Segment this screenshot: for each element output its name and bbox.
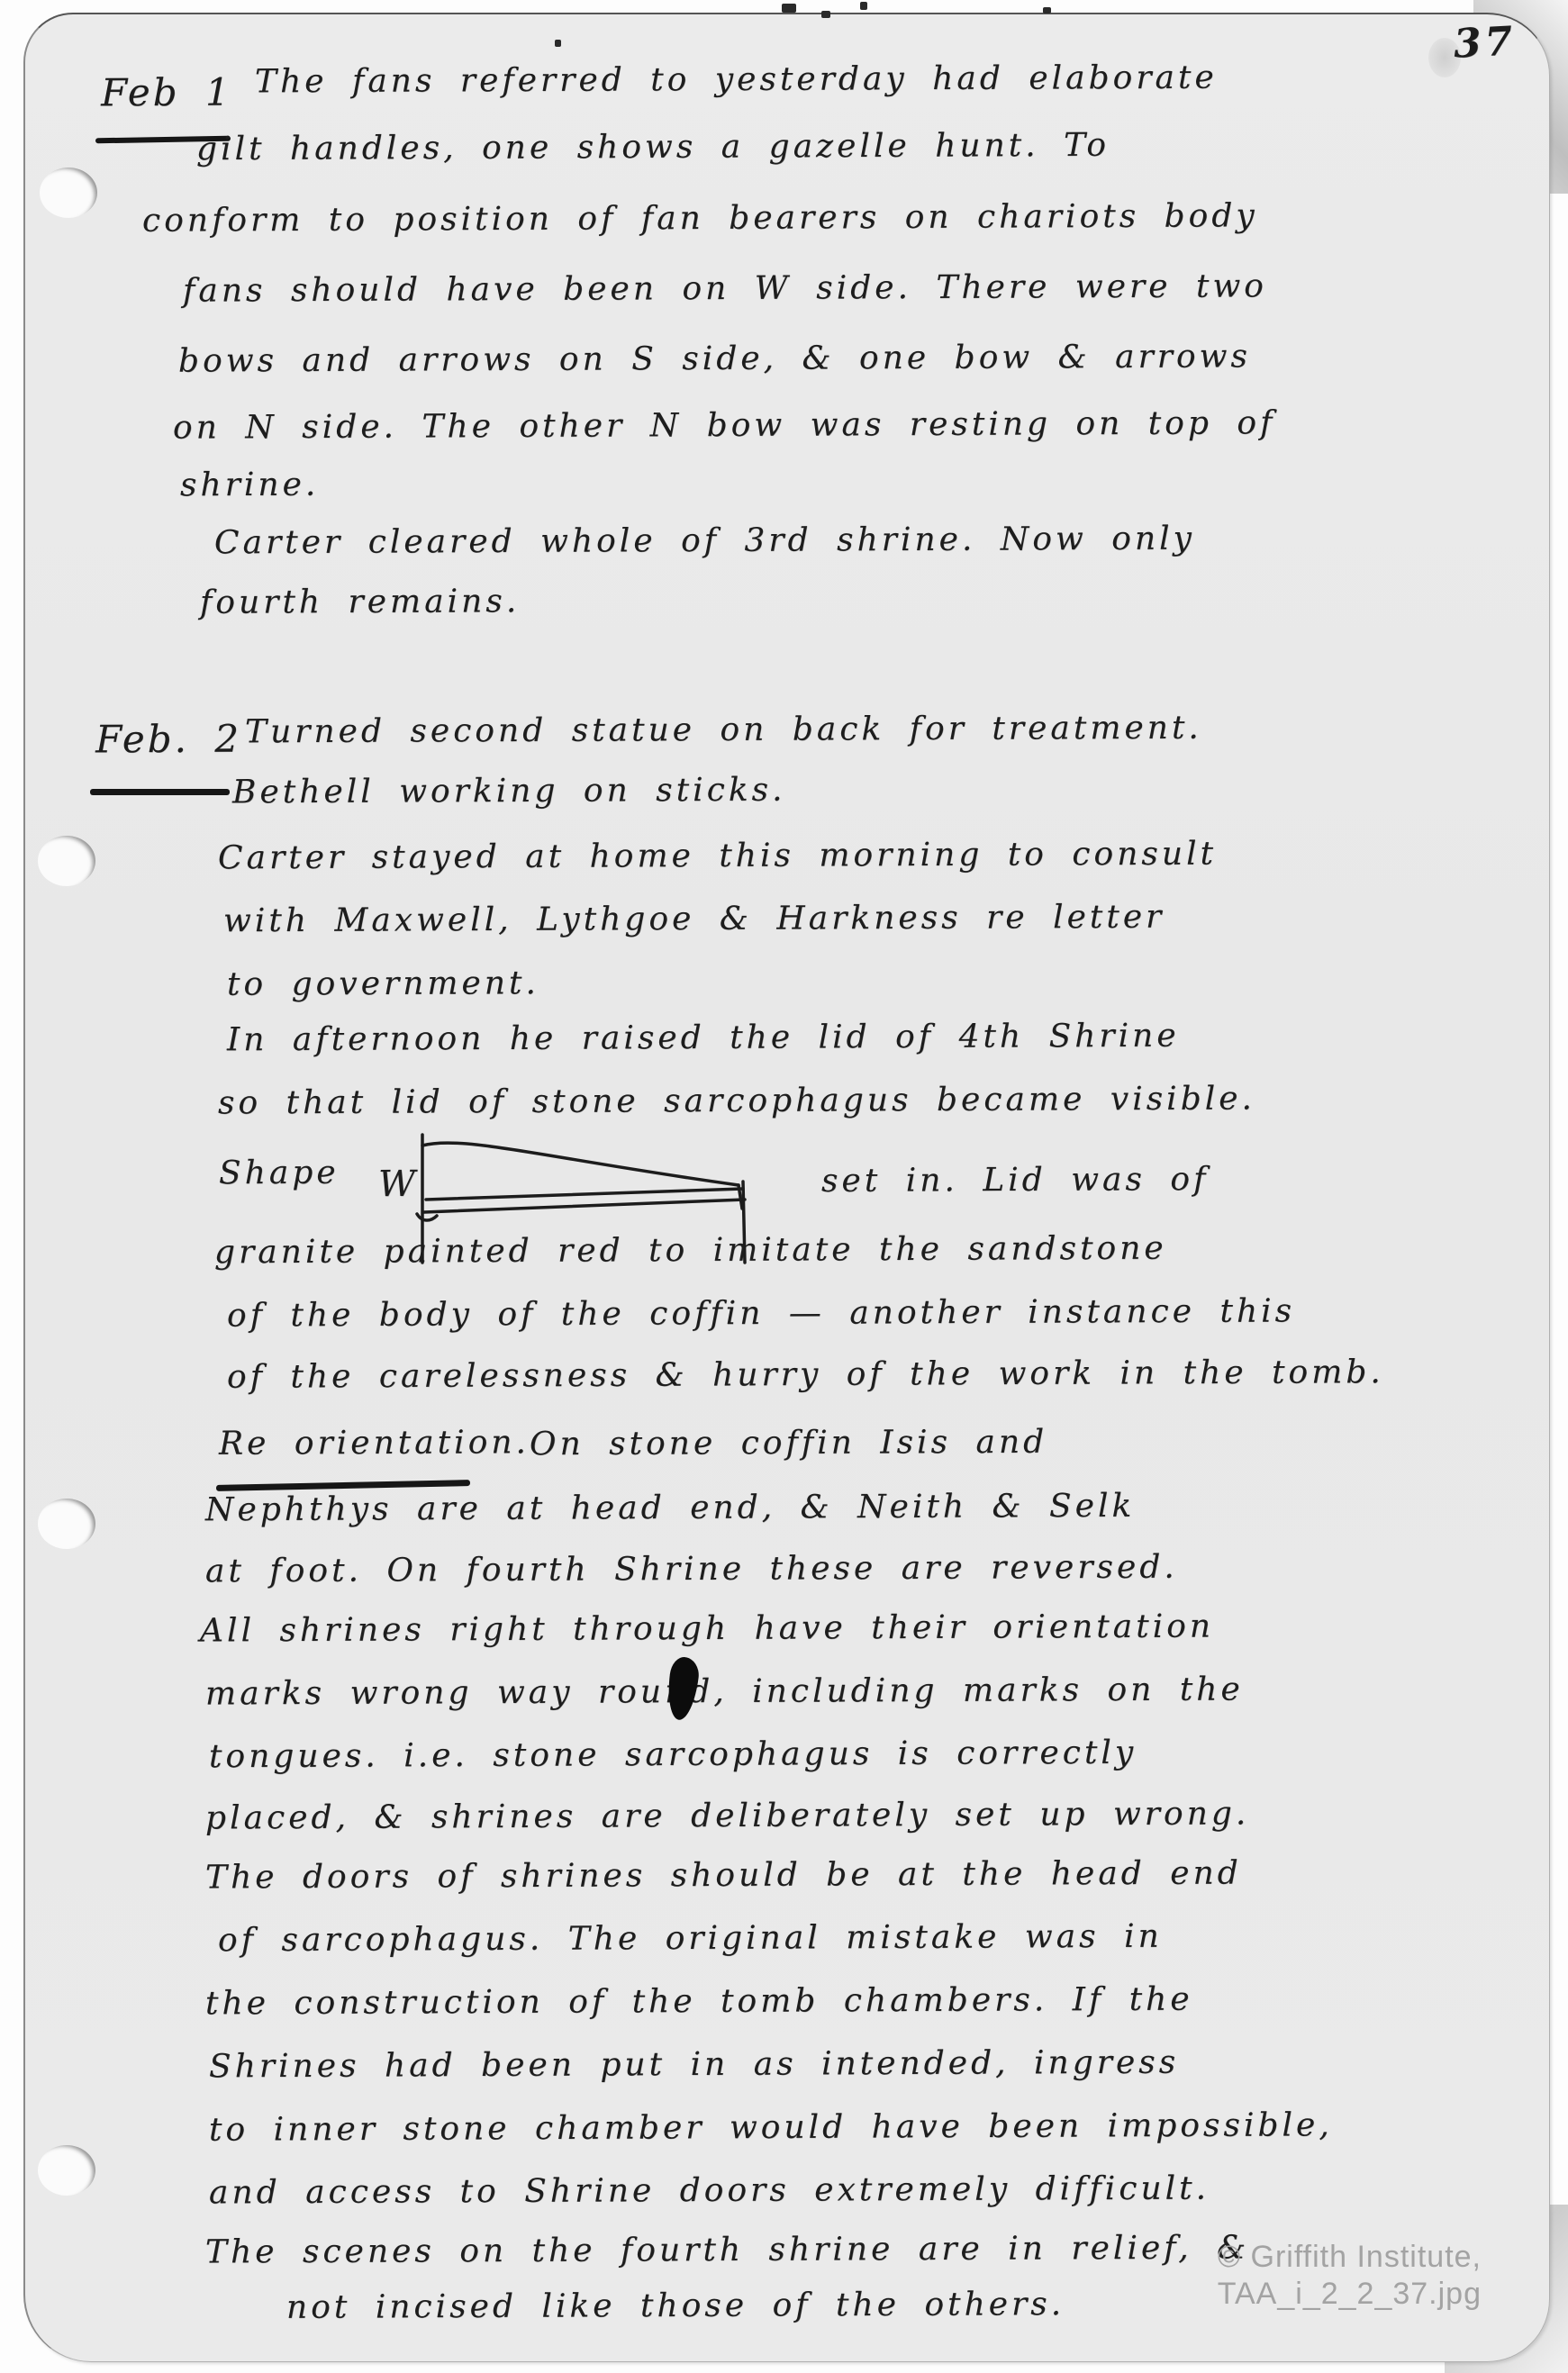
handwritten-line: to government. — [227, 965, 539, 1003]
scanned-page-canvas: 37 Feb 1 The fans referred to yesterday … — [0, 0, 1568, 2373]
watermark: © Griffith Institute, TAA_i_2_2_37.jpg — [1218, 2239, 1482, 2313]
scan-speck — [1043, 7, 1051, 14]
hole-punch — [38, 1499, 95, 1549]
scan-speck — [821, 11, 830, 18]
handwritten-line: Nephthys are at head end, & Neith & Selk — [205, 1488, 1135, 1529]
handwritten-line: and access to Shrine doors extremely dif… — [209, 2170, 1210, 2212]
handwritten-line: set in. Lid was of — [821, 1161, 1210, 1200]
handwritten-line: Bethell working on sticks. — [232, 772, 786, 811]
handwritten-line: of the carelessness & hurry of the work … — [227, 1354, 1384, 1396]
handwritten-line: at foot. On fourth Shrine these are reve… — [205, 1549, 1178, 1590]
watermark-filename: TAA_i_2_2_37.jpg — [1218, 2276, 1482, 2313]
handwritten-line: the construction of the tomb chambers. I… — [205, 1981, 1193, 2023]
hole-punch — [38, 2145, 95, 2196]
handwritten-line: shrine. — [180, 466, 320, 504]
handwritten-line: conform to position of fan bearers on ch… — [142, 197, 1258, 239]
handwritten-line: bows and arrows on S side, & one bow & a… — [178, 338, 1251, 379]
handwritten-line: gilt handles, one shows a gazelle hunt. … — [196, 127, 1110, 168]
entry-date-feb2: Feb. 2 — [95, 717, 241, 762]
handwritten-line: not incised like those of the others. — [286, 2286, 1065, 2326]
handwritten-word-shape: Shape — [219, 1155, 340, 1192]
handwritten-line: fourth remains. — [200, 583, 520, 621]
handwritten-line: Carter stayed at home this morning to co… — [218, 836, 1217, 877]
date-underline — [90, 789, 230, 795]
handwritten-line: On stone coffin Isis and — [530, 1424, 1047, 1463]
handwritten-line: of the body of the coffin — another inst… — [227, 1292, 1295, 1334]
scan-speck — [555, 40, 561, 47]
scan-speck — [860, 2, 867, 10]
handwritten-line: of sarcophagus. The original mistake was… — [218, 1918, 1163, 1960]
scan-speck — [782, 4, 796, 13]
handwritten-line: The scenes on the fourth shrine are in r… — [205, 2229, 1249, 2270]
handwritten-line: In afternoon he raised the lid of 4th Sh… — [227, 1018, 1180, 1059]
handwritten-line: granite painted red to imitate the sands… — [214, 1230, 1167, 1272]
hole-punch — [38, 836, 95, 886]
entry-date-feb1: Feb 1 — [101, 70, 232, 115]
hole-punch — [40, 168, 97, 218]
handwritten-line: on N side. The other N bow was resting o… — [173, 404, 1276, 446]
handwritten-line: The fans referred to yesterday had elabo… — [255, 59, 1218, 101]
handwritten-line: tongues. i.e. stone sarcophagus is corre… — [209, 1734, 1137, 1775]
handwritten-line: marks wrong way round, including marks o… — [205, 1671, 1244, 1712]
handwritten-line: fans should have been on W side. There w… — [183, 267, 1267, 309]
handwritten-line: placed, & shrines are deliberately set u… — [205, 1795, 1249, 1836]
handwritten-line: Carter cleared whole of 3rd shrine. Now … — [214, 521, 1195, 562]
handwritten-line: All shrines right through have their ori… — [200, 1608, 1214, 1650]
handwritten-line: with Maxwell, Lythgoe & Harkness re lett… — [223, 899, 1165, 940]
section-heading: Re orientation. — [219, 1424, 530, 1463]
handwritten-line: Turned second statue on back for treatme… — [245, 710, 1202, 751]
handwritten-line: to inner stone chamber would have been i… — [209, 2106, 1333, 2148]
page-number: 37 — [1453, 18, 1518, 68]
handwritten-line: so that lid of stone sarcophagus became … — [218, 1080, 1255, 1121]
handwritten-line: The doors of shrines should be at the he… — [205, 1854, 1242, 1896]
watermark-credit: © Griffith Institute, — [1218, 2239, 1482, 2276]
handwritten-line: Shrines had been put in as intended, ing… — [209, 2044, 1179, 2086]
